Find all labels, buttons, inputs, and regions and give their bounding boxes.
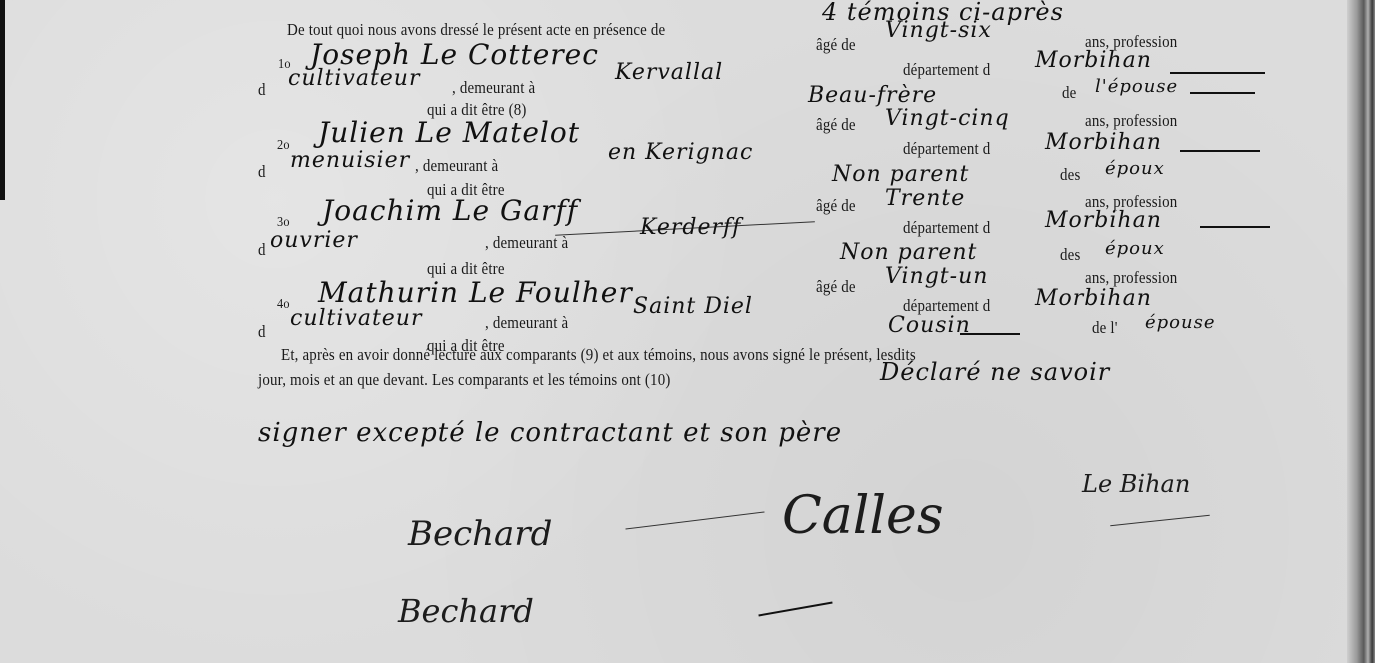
witness-2-ans-profession: ans, profession bbox=[1085, 111, 1177, 131]
witness-4-name: Mathurin Le Foulher bbox=[318, 276, 633, 309]
witness-3-spouse: époux bbox=[1105, 238, 1165, 259]
signature-flourish-line bbox=[625, 511, 764, 529]
witness-1-d-prefix: d bbox=[258, 80, 266, 100]
witness-1-relation: Beau-frère bbox=[808, 83, 937, 108]
witness-2-number: 2o bbox=[277, 138, 290, 154]
witness-2-name: Julien Le Matelot bbox=[318, 116, 580, 149]
witness-3-department-rule bbox=[1200, 226, 1270, 228]
signature-le-bihan-underline bbox=[1110, 515, 1210, 526]
witness-3-age-label: âgé de bbox=[816, 196, 856, 216]
civil-record-page: De tout quoi nous avons dressé le présen… bbox=[0, 0, 1375, 663]
witness-4-number: 4o bbox=[277, 297, 290, 313]
witness-4-demeurant-label: , demeurant à bbox=[485, 313, 568, 333]
witness-1-profession: cultivateur bbox=[288, 66, 421, 91]
signature-bechard-upper: Bechard bbox=[408, 514, 552, 554]
witness-2-age: Vingt-cinq bbox=[885, 106, 1010, 131]
witness-3-relation: Non parent bbox=[840, 240, 977, 265]
witness-1-relation-connector: de bbox=[1062, 83, 1076, 103]
witness-1-age-label: âgé de bbox=[816, 35, 856, 55]
witness-3-age: Trente bbox=[885, 186, 965, 211]
intro-printed: De tout quoi nous avons dressé le présen… bbox=[287, 20, 665, 40]
witness-1-department-label: département d bbox=[903, 60, 990, 80]
witness-3-department: Morbihan bbox=[1045, 208, 1162, 233]
witness-2-d-prefix: d bbox=[258, 162, 266, 182]
witness-4-d-prefix: d bbox=[258, 322, 266, 342]
closing-handwritten-2: signer excepté le contractant et son pèr… bbox=[258, 418, 842, 448]
witness-2-spouse: époux bbox=[1105, 158, 1165, 179]
witness-1-demeurant-label: , demeurant à bbox=[452, 78, 535, 98]
witness-4-profession: cultivateur bbox=[290, 306, 423, 331]
closing-line-2: jour, mois et an que devant. Les compara… bbox=[258, 370, 671, 390]
witness-3-residence: Kerderff bbox=[640, 215, 741, 240]
witness-2-department-rule bbox=[1180, 150, 1260, 152]
witness-1-age: Vingt-six bbox=[885, 18, 992, 43]
witness-2-relation: Non parent bbox=[832, 162, 969, 187]
witness-4-relation: Cousin bbox=[888, 313, 971, 338]
witness-2-residence: en Kerignac bbox=[608, 140, 753, 165]
witness-2-department-label: département d bbox=[903, 139, 990, 159]
witness-4-spouse: épouse bbox=[1145, 312, 1216, 333]
witness-4-relation-rule bbox=[960, 333, 1020, 335]
witness-1-spouse-rule bbox=[1190, 92, 1255, 94]
witness-1-department-rule bbox=[1170, 72, 1265, 74]
witness-2-age-label: âgé de bbox=[816, 115, 856, 135]
signature-calles: Calles bbox=[782, 486, 944, 546]
witness-4-department: Morbihan bbox=[1035, 286, 1152, 311]
witness-2-department: Morbihan bbox=[1045, 130, 1162, 155]
witness-2-relation-connector: des bbox=[1060, 165, 1080, 185]
witness-1-department: Morbihan bbox=[1035, 48, 1152, 73]
witness-3-d-prefix: d bbox=[258, 240, 266, 260]
signature-le-bihan: Le Bihan bbox=[1082, 470, 1190, 498]
witness-3-name: Joachim Le Garff bbox=[322, 194, 578, 227]
witness-4-relation-connector: de l' bbox=[1092, 318, 1118, 338]
witness-1-residence: Kervallal bbox=[615, 60, 723, 85]
witness-3-department-label: département d bbox=[903, 218, 990, 238]
witness-3-relation-connector: des bbox=[1060, 245, 1080, 265]
page-left-edge bbox=[0, 0, 5, 200]
witness-4-age-label: âgé de bbox=[816, 277, 856, 297]
signature-bechard-lower: Bechard bbox=[398, 592, 534, 630]
signature-calles-flourish bbox=[758, 602, 832, 617]
closing-line-1: Et, après en avoir donné lecture aux com… bbox=[281, 345, 916, 365]
closing-handwritten-1: Déclaré ne savoir bbox=[880, 358, 1110, 386]
witness-4-ans-profession: ans, profession bbox=[1085, 268, 1177, 288]
witness-3-demeurant-label: , demeurant à bbox=[485, 233, 568, 253]
witness-4-age: Vingt-un bbox=[885, 264, 988, 289]
witness-2-profession: menuisier bbox=[290, 148, 410, 173]
book-binding bbox=[1347, 0, 1375, 663]
witness-4-residence: Saint Diel bbox=[633, 294, 753, 319]
witness-3-profession: ouvrier bbox=[270, 228, 358, 253]
witness-2-demeurant-label: , demeurant à bbox=[415, 156, 498, 176]
witness-1-spouse: l'épouse bbox=[1095, 76, 1178, 97]
